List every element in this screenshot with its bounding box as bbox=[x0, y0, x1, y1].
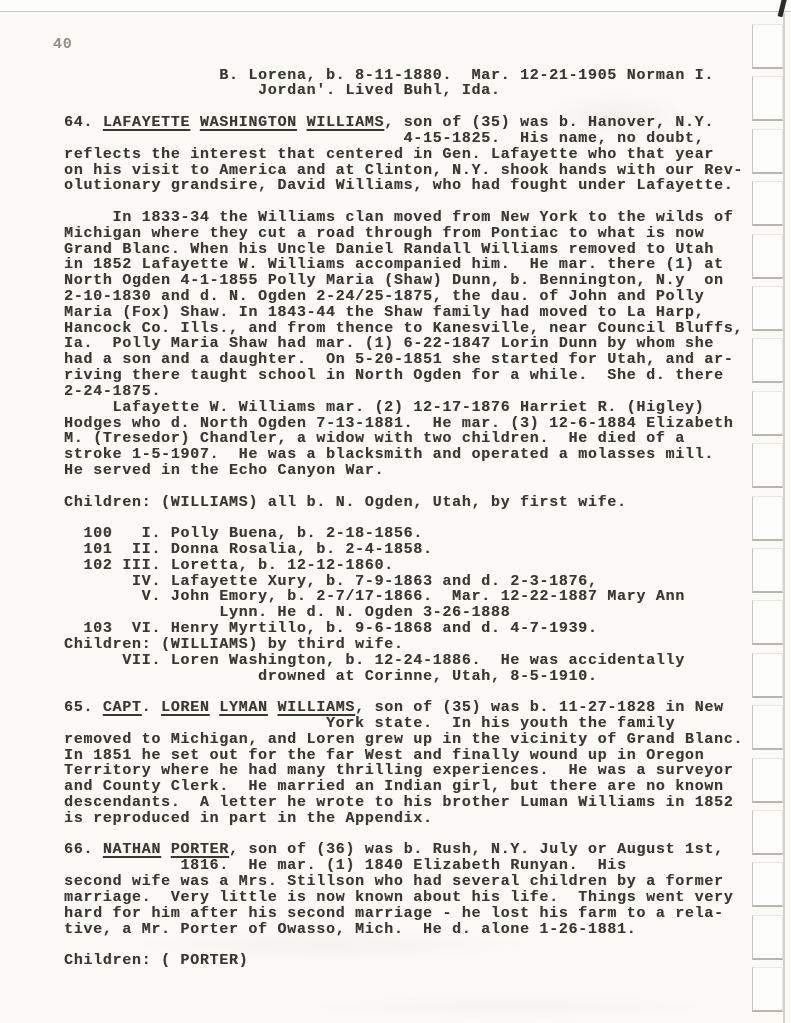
text-line: 2-10-1830 and d. N. Ogden 2-24/25-1875, … bbox=[64, 289, 743, 305]
text-line: in 1852 Lafayette W. Williams accompanie… bbox=[64, 257, 743, 273]
text-line: 103 VI. Henry Myrtillo, b. 9-6-1868 and … bbox=[64, 621, 743, 637]
text-line: Hancock Co. Ills., and from thence to Ka… bbox=[64, 321, 743, 337]
underlined-name: LYMAN bbox=[219, 699, 268, 716]
text-line bbox=[64, 827, 743, 843]
binding-hole bbox=[752, 548, 783, 593]
text-line: 4-15-1825. His name, no doubt, bbox=[64, 131, 743, 147]
text-line: V. John Emory, b. 2-7/17-1866. Mar. 12-2… bbox=[64, 589, 743, 605]
text-line: Michigan where they cut a road through f… bbox=[64, 226, 743, 242]
binding-hole bbox=[752, 862, 783, 907]
text-line: He served in the Echo Canyon War. bbox=[64, 463, 743, 479]
binding-hole bbox=[752, 24, 783, 69]
scan-top-strip bbox=[0, 0, 791, 11]
text-line: descendants. A letter he wrote to his br… bbox=[64, 795, 743, 811]
underlined-name: LAFAYETTE bbox=[103, 114, 190, 131]
text-segment bbox=[268, 699, 278, 716]
underlined-name: WASHINGTON bbox=[200, 114, 297, 131]
text-segment: 65. bbox=[64, 699, 103, 716]
page-right-edge-line bbox=[783, 13, 785, 1023]
text-line bbox=[64, 684, 743, 700]
binding-hole bbox=[752, 915, 783, 960]
text-line bbox=[64, 937, 743, 953]
text-line: drowned at Corinne, Utah, 8-5-1910. bbox=[64, 669, 743, 685]
text-line: North Ogden 4-1-1855 Polly Maria (Shaw) … bbox=[64, 273, 743, 289]
text-line: Children: ( PORTER) bbox=[64, 953, 743, 969]
text-line: reflects the interest that centered in G… bbox=[64, 147, 743, 163]
text-line: Lynn. He d. N. Ogden 3-26-1888 bbox=[64, 605, 743, 621]
text-line: 101 II. Donna Rosalia, b. 2-4-1858. bbox=[64, 542, 743, 558]
text-line: tive, a Mr. Porter of Owasso, Mich. He d… bbox=[64, 922, 743, 938]
text-line: Grand Blanc. When his Uncle Daniel Randa… bbox=[64, 242, 743, 258]
underlined-name: LOREN bbox=[161, 699, 210, 716]
section-heading-65: 65. CAPT. LOREN LYMAN WILLIAMS, son of (… bbox=[64, 700, 743, 716]
text-segment bbox=[210, 699, 220, 716]
text-line: had a son and a daughter. On 5-20-1851 s… bbox=[64, 352, 743, 368]
text-line: riving there taught school in North Ogde… bbox=[64, 368, 743, 384]
text-line: B. Lorena, b. 8-11-1880. Mar. 12-21-1905… bbox=[64, 68, 743, 84]
text-line: 102 III. Loretta, b. 12-12-1860. bbox=[64, 558, 743, 574]
text-line: and County Clerk. He married an Indian g… bbox=[64, 779, 743, 795]
text-line: Ia. Polly Maria Shaw had mar. (1) 6-22-1… bbox=[64, 336, 743, 352]
binding-hole bbox=[752, 600, 783, 645]
binding-hole bbox=[752, 338, 783, 383]
binding-hole bbox=[752, 496, 783, 541]
binding-hole bbox=[752, 653, 783, 698]
text-segment bbox=[297, 114, 307, 131]
text-segment: 66. bbox=[64, 841, 103, 858]
text-line bbox=[64, 36, 743, 52]
text-segment: , son of (35) was b. Hanover, N.Y. bbox=[384, 114, 714, 131]
section-heading-66: 66. NATHAN PORTER, son of (36) was b. Ru… bbox=[64, 842, 743, 858]
text-segment: , son of (35) was b. 11-27-1828 in New bbox=[355, 699, 724, 716]
underlined-name: WILLIAMS bbox=[277, 699, 355, 716]
binding-hole bbox=[752, 391, 783, 436]
binding-hole bbox=[752, 234, 783, 279]
text-line: on his visit to America and at Clinton, … bbox=[64, 163, 743, 179]
text-line: olutionary grandsire, David Williams, wh… bbox=[64, 178, 743, 194]
text-line: York state. In his youth the family bbox=[64, 716, 743, 732]
text-line: hard for him after his second marriage -… bbox=[64, 906, 743, 922]
text-line: is reproduced in part in the Appendix. bbox=[64, 811, 743, 827]
text-line: 2-24-1875. bbox=[64, 384, 743, 400]
binding-hole bbox=[752, 758, 783, 803]
binding-hole bbox=[752, 810, 783, 855]
binding-hole bbox=[752, 286, 783, 331]
text-line: VII. Loren Washington, b. 12-24-1886. He… bbox=[64, 653, 743, 669]
text-line: Jordan'. Lived Buhl, Ida. bbox=[64, 83, 743, 99]
text-line: stroke 1-5-1907. He was a blacksmith and… bbox=[64, 447, 743, 463]
binding-hole bbox=[752, 181, 783, 226]
text-line: Children: (WILLIAMS) by third wife. bbox=[64, 637, 743, 653]
text-segment: . bbox=[142, 699, 161, 716]
binding-hole bbox=[752, 129, 783, 174]
text-line: 1816. He mar. (1) 1840 Elizabeth Runyan.… bbox=[64, 858, 743, 874]
underlined-name: NATHAN bbox=[103, 841, 161, 858]
section-heading-64: 64. LAFAYETTE WASHINGTON WILLIAMS, son o… bbox=[64, 115, 743, 131]
binding-hole bbox=[752, 76, 783, 121]
text-line: M. (Tresedor) Chandler, a widow with two… bbox=[64, 431, 743, 447]
photocopy-smudge bbox=[300, 994, 720, 1020]
text-line bbox=[64, 510, 743, 526]
text-line: Maria (Fox) Shaw. In 1843-44 the Shaw fa… bbox=[64, 305, 743, 321]
text-segment: 64. bbox=[64, 114, 103, 131]
text-line bbox=[64, 479, 743, 495]
text-line: marriage. Very little is now known about… bbox=[64, 890, 743, 906]
text-line: 100 I. Polly Buena, b. 2-18-1856. bbox=[64, 526, 743, 542]
text-line: Territory where he had many thrilling ex… bbox=[64, 763, 743, 779]
text-line: removed to Michigan, and Loren grew up i… bbox=[64, 732, 743, 748]
underlined-name: PORTER bbox=[171, 841, 229, 858]
text-segment bbox=[190, 114, 200, 131]
page-top-edge-line bbox=[0, 11, 791, 12]
underlined-name: WILLIAMS bbox=[307, 114, 385, 131]
text-line bbox=[64, 99, 743, 115]
text-line bbox=[64, 52, 743, 68]
binding-hole bbox=[752, 705, 783, 750]
text-line: In 1833-34 the Williams clan moved from … bbox=[64, 210, 743, 226]
text-line: Children: (WILLIAMS) all b. N. Ogden, Ut… bbox=[64, 495, 743, 511]
text-layer: B. Lorena, b. 8-11-1880. Mar. 12-21-1905… bbox=[64, 36, 743, 969]
binding-hole bbox=[752, 443, 783, 488]
text-line: Lafayette W. Williams mar. (2) 12-17-187… bbox=[64, 400, 743, 416]
underlined-name: CAPT bbox=[103, 699, 142, 716]
text-line: In 1851 he set out for the far West and … bbox=[64, 748, 743, 764]
text-segment: , son of (36) was b. Rush, N.Y. July or … bbox=[229, 841, 724, 858]
text-line: IV. Lafayette Xury, b. 7-9-1863 and d. 2… bbox=[64, 574, 743, 590]
binding-hole bbox=[752, 967, 783, 1012]
text-line: second wife was a Mrs. Stillson who had … bbox=[64, 874, 743, 890]
text-line bbox=[64, 194, 743, 210]
text-segment bbox=[161, 841, 171, 858]
text-line: Hodges who d. North Ogden 7-13-1881. He … bbox=[64, 416, 743, 432]
